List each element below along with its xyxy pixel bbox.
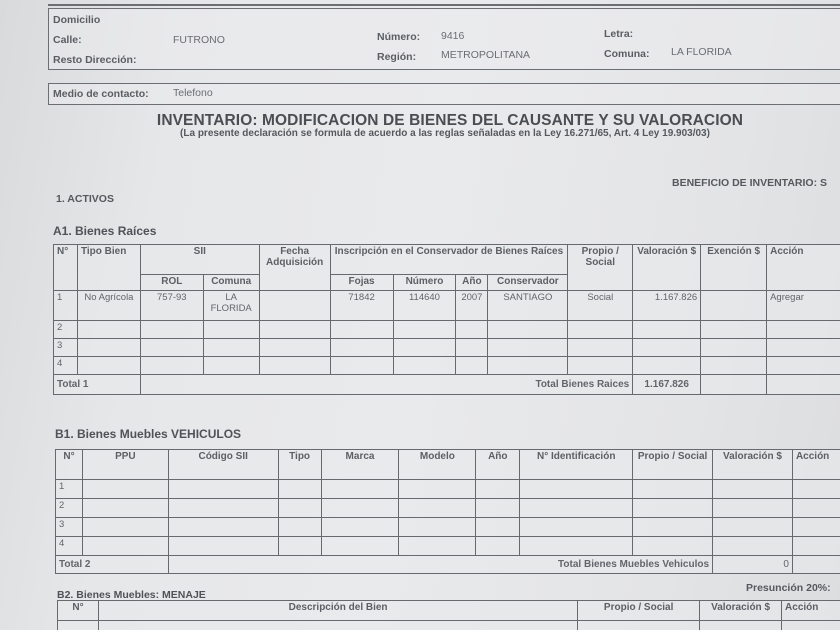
cell-empty (168, 537, 278, 556)
cell-rol: 757-93 (140, 291, 203, 321)
comuna-value: LA FLORIDA (671, 46, 732, 58)
cell-numero (393, 321, 456, 339)
cell-empty (321, 537, 399, 556)
cell-n: 3 (56, 518, 83, 537)
col-fecha-adquisicion: Fecha Adquisición (259, 245, 330, 291)
cell-empty (520, 537, 633, 556)
table-row: 3 (56, 518, 840, 537)
presuncion-label: Presunción 20%: (746, 582, 831, 594)
cell-accion (767, 339, 840, 357)
cell-accion[interactable]: Agregar (767, 291, 840, 321)
page-subtitle: (La presente declaración se formula de a… (0, 128, 840, 139)
col-codigo-sii: Código SII (168, 450, 278, 480)
cell-fojas (330, 357, 393, 375)
cell-empty (633, 537, 713, 556)
vehiculos-table: N° PPU Código SII Tipo Marca Modelo Año … (55, 449, 840, 574)
col-tipo: Tipo (278, 450, 321, 480)
cell-empty (792, 537, 840, 556)
contact-label: Medio de contacto: (53, 88, 149, 100)
cell-empty (520, 480, 633, 499)
b1-total-value: 0 (713, 556, 793, 574)
cell-empty (278, 499, 321, 518)
col-tipo-bien: Tipo Bien (77, 245, 140, 291)
cell-empty (633, 480, 713, 499)
cell-anio (456, 339, 488, 357)
cell-empty (633, 518, 713, 537)
cell-empty (792, 518, 840, 537)
a1-heading: A1. Bienes Raíces (53, 224, 156, 238)
cell-tipo-bien: No Agrícola (77, 291, 140, 321)
cell-comuna (203, 357, 259, 375)
cell-empty (278, 518, 321, 537)
cell-accion (767, 321, 840, 339)
col-inscripcion: Inscripción en el Conservador de Bienes … (330, 245, 568, 275)
inventory-form-page: Domicilio Calle: FUTRONO Resto Dirección… (0, 0, 840, 630)
cell-conservador (488, 339, 568, 357)
cell-empty (278, 480, 321, 499)
cell-valoracion: 1.167.826 (633, 291, 701, 321)
col-propio-social: Propio / Social (568, 245, 633, 291)
col-fojas: Fojas (330, 275, 393, 291)
cell-empty (633, 499, 713, 518)
cell-tipo-bien (77, 321, 140, 339)
table-row: 1No Agrícola757-93LA FLORIDA718421146402… (54, 291, 840, 321)
cell-empty (713, 499, 793, 518)
col-valoracion: Valoración $ (633, 245, 701, 291)
cell-empty (321, 480, 399, 499)
cell-empty (321, 518, 399, 537)
col-rol: ROL (140, 275, 203, 291)
col-sii: SII (140, 245, 259, 275)
cell-anio: 2007 (456, 291, 488, 321)
cell-empty (520, 518, 633, 537)
a1-total-label: Total 1 (54, 375, 141, 395)
col-n: N° (54, 245, 78, 291)
cell-empty (713, 480, 793, 499)
cell-empty (168, 499, 278, 518)
cell-fecha (259, 321, 330, 339)
table-row: 3 (54, 339, 840, 357)
cell-propio-social (568, 357, 633, 375)
col-n: N° (58, 601, 99, 621)
cell-valoracion (633, 357, 701, 375)
cell-empty (520, 499, 633, 518)
cell-empty (792, 499, 840, 518)
cell-empty (713, 518, 793, 537)
cell-anio (456, 321, 488, 339)
activos-heading: 1. ACTIVOS (56, 193, 114, 205)
cell-exencion (701, 291, 767, 321)
region-value: METROPOLITANA (441, 49, 530, 61)
cell-empty (82, 480, 168, 499)
cell-fecha (259, 291, 330, 321)
cell-n: 3 (54, 339, 78, 357)
cell-accion (767, 357, 840, 375)
cell-empty (82, 537, 168, 556)
col-anio: Año (456, 275, 488, 291)
cell-empty (399, 537, 476, 556)
cell-n: 4 (54, 357, 78, 375)
calle-value: FUTRONO (173, 34, 225, 46)
cell-exencion (701, 339, 767, 357)
col-exencion: Exención $ (701, 245, 767, 291)
col-valoracion: Valoración $ (700, 601, 782, 621)
cell-valoracion (633, 339, 701, 357)
cell-empty (321, 499, 399, 518)
cell-empty (476, 537, 520, 556)
col-comuna: Comuna (203, 275, 259, 291)
cell-tipo-bien (77, 339, 140, 357)
cell-numero (393, 357, 456, 375)
comuna-label: Comuna: (604, 48, 650, 60)
col-accion: Acción (792, 450, 840, 480)
cell-n: 1 (54, 291, 78, 321)
cell-conservador: SANTIAGO (488, 291, 568, 321)
cell-empty (713, 537, 793, 556)
top-border-line (48, 4, 840, 6)
bienes-raices-table: N° Tipo Bien SII Fecha Adquisición Inscr… (53, 244, 840, 395)
numero-label: Número: (377, 31, 420, 43)
cell-numero (393, 339, 456, 357)
cell-empty (476, 499, 520, 518)
cell-anio (456, 357, 488, 375)
menaje-table: N° Descripción del Bien Propio / Social … (57, 600, 840, 630)
cell-n: 2 (56, 499, 83, 518)
col-n: N° (56, 450, 83, 480)
numero-value: 9416 (441, 30, 464, 42)
b1-total-label: Total 2 (56, 556, 169, 574)
col-propio-social: Propio / Social (633, 450, 713, 480)
cell-conservador (488, 321, 568, 339)
cell-propio-social (568, 321, 633, 339)
beneficio-inventario-label: BENEFICIO DE INVENTARIO: S (672, 177, 827, 189)
cell-fojas (330, 321, 393, 339)
cell-conservador (488, 357, 568, 375)
cell-valoracion (633, 321, 701, 339)
col-valoracion: Valoración $ (713, 450, 793, 480)
address-section: Domicilio Calle: FUTRONO Resto Dirección… (48, 8, 840, 70)
cell-exencion (701, 357, 767, 375)
col-marca: Marca (321, 450, 399, 480)
cell-empty (168, 480, 278, 499)
cell-fojas (330, 339, 393, 357)
cell-empty (476, 480, 520, 499)
col-propio-social: Propio / Social (578, 601, 700, 621)
cell-empty (168, 518, 278, 537)
region-label: Región: (377, 51, 416, 63)
cell-empty (278, 537, 321, 556)
cell-empty (399, 499, 476, 518)
calle-label: Calle: (53, 34, 82, 46)
cell-comuna (203, 339, 259, 357)
contact-value: Telefono (173, 87, 213, 99)
contact-section: Medio de contacto: Telefono (48, 83, 840, 105)
cell-fecha (259, 357, 330, 375)
cell-fojas: 71842 (330, 291, 393, 321)
cell-empty (82, 518, 168, 537)
cell-tipo-bien (77, 357, 140, 375)
a1-total-value: 1.167.826 (633, 375, 701, 395)
a1-total-empty (701, 375, 767, 395)
b1-heading: B1. Bienes Muebles VEHICULOS (55, 427, 241, 441)
cell-rol (140, 321, 203, 339)
col-numero: Número (393, 275, 456, 291)
table-row: 1 (56, 480, 840, 499)
col-identificacion: N° Identificación (520, 450, 633, 480)
cell-rol (140, 357, 203, 375)
resto-direccion-label: Resto Dirección: (53, 54, 136, 66)
cell-empty (792, 480, 840, 499)
cell-fecha (259, 339, 330, 357)
col-anio: Año (476, 450, 520, 480)
b1-total-empty (792, 556, 840, 574)
cell-comuna (203, 321, 259, 339)
cell-exencion (701, 321, 767, 339)
col-conservador: Conservador (488, 275, 568, 291)
cell-empty (82, 499, 168, 518)
cell-n: 2 (54, 321, 78, 339)
cell-comuna: LA FLORIDA (203, 291, 259, 321)
col-accion: Acción (782, 601, 840, 621)
cell-propio-social: Social (568, 291, 633, 321)
cell-empty (399, 518, 476, 537)
table-row: 4 (56, 537, 840, 556)
table-row: 2 (54, 321, 840, 339)
cell-rol (140, 339, 203, 357)
cell-empty (399, 480, 476, 499)
table-row: 2 (56, 499, 840, 518)
a1-total-text: Total Bienes Raices (140, 375, 632, 395)
cell-empty (476, 518, 520, 537)
letra-label: Letra: (604, 28, 633, 40)
cell-propio-social (568, 339, 633, 357)
table-row: 4 (54, 357, 840, 375)
col-ppu: PPU (82, 450, 168, 480)
cell-numero: 114640 (393, 291, 456, 321)
cell-n: 1 (56, 480, 83, 499)
cell-n: 4 (56, 537, 83, 556)
col-descripcion: Descripción del Bien (98, 601, 577, 621)
a1-total-empty (767, 375, 840, 395)
domicilio-heading: Domicilio (53, 14, 100, 26)
b1-total-text: Total Bienes Muebles Vehiculos (168, 556, 712, 574)
col-modelo: Modelo (399, 450, 476, 480)
col-accion: Acción (767, 245, 840, 291)
